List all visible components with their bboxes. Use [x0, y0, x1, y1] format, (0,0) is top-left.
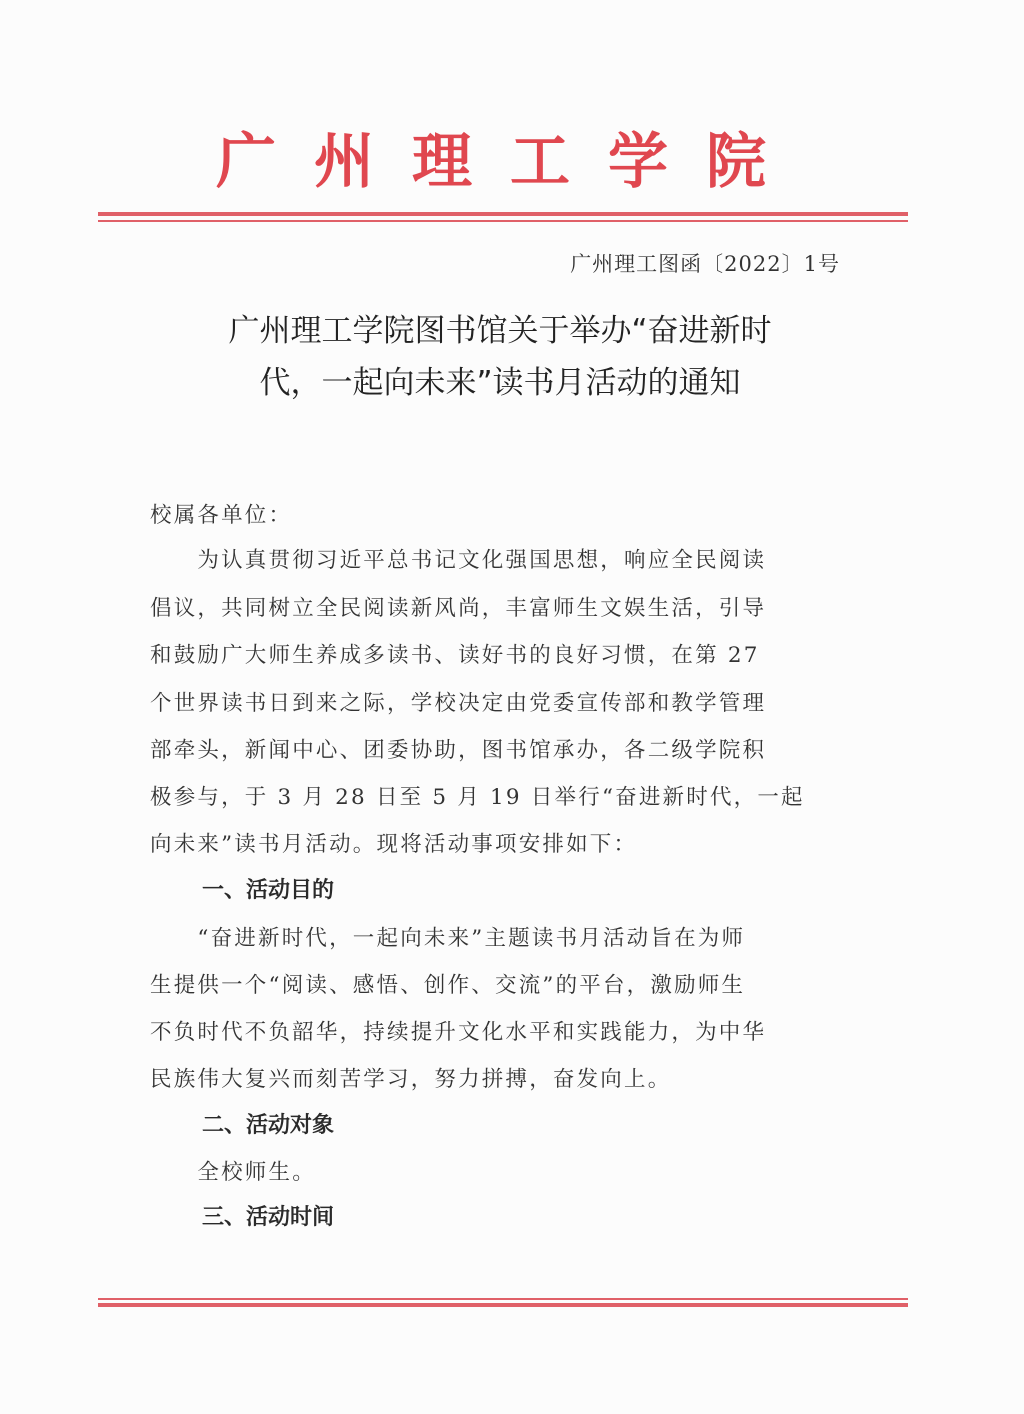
document-page: 广州理工学院 广州理工图函〔2022〕1号 广州理工学院图书馆关于举办“奋进新时… — [0, 0, 1024, 1414]
document-title: 广州理工学院图书馆关于举办“奋进新时 代，一起向未来”读书月活动的通知 — [140, 305, 860, 409]
header-rule-thin — [98, 220, 908, 222]
document-number: 广州理工图函〔2022〕1号 — [570, 248, 840, 278]
header-rule-thick — [98, 212, 908, 216]
section-heading-purpose: 一、活动目的 — [202, 873, 334, 904]
footer-rule-thin — [98, 1298, 908, 1300]
audience-line: 全校师生。 — [150, 1155, 316, 1186]
intro-line: 个世界读书日到来之际，学校决定由党委宣传部和教学管理 — [150, 686, 766, 717]
salutation: 校属各单位： — [150, 498, 292, 529]
purpose-line: “奋进新时代，一起向未来”主题读书月活动旨在为师 — [150, 921, 745, 952]
institution-masthead: 广州理工学院 — [200, 122, 820, 202]
intro-line: 为认真贯彻习近平总书记文化强国思想，响应全民阅读 — [150, 543, 766, 574]
intro-line: 倡议，共同树立全民阅读新风尚，丰富师生文娱生活，引导 — [150, 591, 766, 622]
purpose-line: 民族伟大复兴而刻苦学习，努力拼搏，奋发向上。 — [150, 1062, 671, 1093]
section-heading-audience: 二、活动对象 — [202, 1108, 334, 1139]
title-line-1: 广州理工学院图书馆关于举办“奋进新时 — [140, 305, 860, 357]
footer-rule-thick — [98, 1303, 908, 1307]
intro-line: 极参与，于 3 月 28 日至 5 月 19 日举行“奋进新时代，一起 — [150, 780, 805, 811]
section-heading-time: 三、活动时间 — [202, 1200, 334, 1231]
intro-line: 部牵头，新闻中心、团委协助，图书馆承办，各二级学院积 — [150, 733, 766, 764]
purpose-line: 不负时代不负韶华，持续提升文化水平和实践能力，为中华 — [150, 1015, 766, 1046]
intro-line: 向未来”读书月活动。现将活动事项安排如下： — [150, 827, 637, 858]
title-line-2: 代，一起向未来”读书月活动的通知 — [140, 357, 860, 409]
intro-line: 和鼓励广大师生养成多读书、读好书的良好习惯，在第 27 — [150, 638, 760, 669]
purpose-line: 生提供一个“阅读、感悟、创作、交流”的平台，激励师生 — [150, 968, 745, 999]
